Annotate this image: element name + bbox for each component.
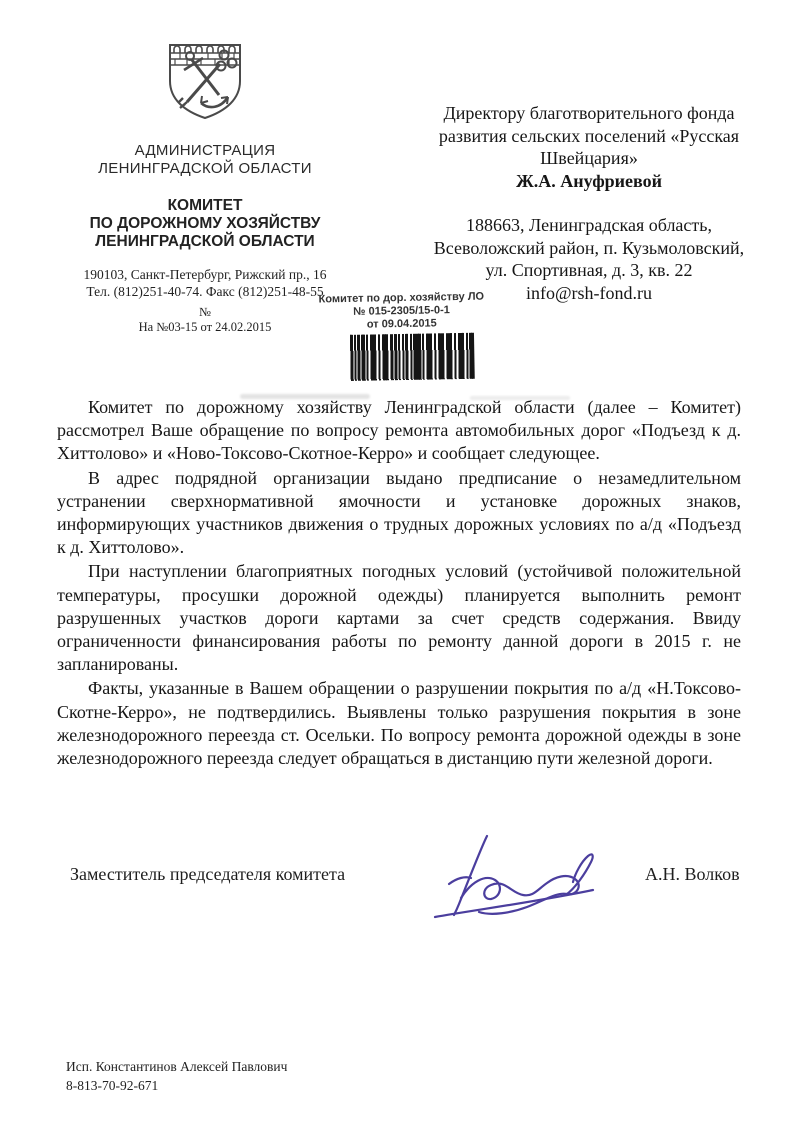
body-paragraph-4: Факты, указанные в Вашем обращении о раз… <box>57 677 741 770</box>
executor-footer: Исп. Константинов Алексей Павлович 8-813… <box>66 1057 287 1095</box>
body-paragraph-3: При наступлении благоприятных погодных у… <box>57 560 741 676</box>
recipient-block: Директору благотворительного фонда разви… <box>393 102 785 304</box>
barcode <box>350 333 475 381</box>
outgoing-number-label: № <box>60 305 350 320</box>
stamp-date-line: от 09.04.2015 <box>314 316 490 332</box>
signatory-name: А.Н. Волков <box>645 864 740 885</box>
executor-phone: 8-813-70-92-671 <box>66 1076 287 1095</box>
sender-committee-name: КОМИТЕТ ПО ДОРОЖНОМУ ХОЗЯЙСТВУ ЛЕНИНГРАД… <box>60 197 350 251</box>
body-paragraph-1: Комитет по дорожному хозяйству Ленинград… <box>57 396 741 466</box>
leningrad-oblast-emblem-icon <box>163 40 247 124</box>
body-paragraph-2: В адрес подрядной организации выдано пре… <box>57 467 741 560</box>
recipient-title: Директору благотворительного фонда разви… <box>393 102 785 170</box>
handwritten-signature <box>425 818 605 928</box>
sender-administration: АДМИНИСТРАЦИЯ ЛЕНИНГРАДСКОЙ ОБЛАСТИ <box>60 142 350 178</box>
signatory-position: Заместитель председателя комитета <box>70 864 345 885</box>
registration-stamp: Комитет по дор. хозяйству ЛО № 015-2305/… <box>313 290 491 381</box>
executor-name: Исп. Константинов Алексей Павлович <box>66 1057 287 1076</box>
recipient-name: Ж.А. Ануфриевой <box>393 170 785 193</box>
scanned-letter-page: АДМИНИСТРАЦИЯ ЛЕНИНГРАДСКОЙ ОБЛАСТИ КОМИ… <box>0 0 795 1123</box>
recipient-address: 188663, Ленинградская область, Всеволожс… <box>393 214 785 282</box>
reference-line: На №03-15 от 24.02.2015 <box>60 320 350 335</box>
letter-body: Комитет по дорожному хозяйству Ленинград… <box>57 396 741 770</box>
